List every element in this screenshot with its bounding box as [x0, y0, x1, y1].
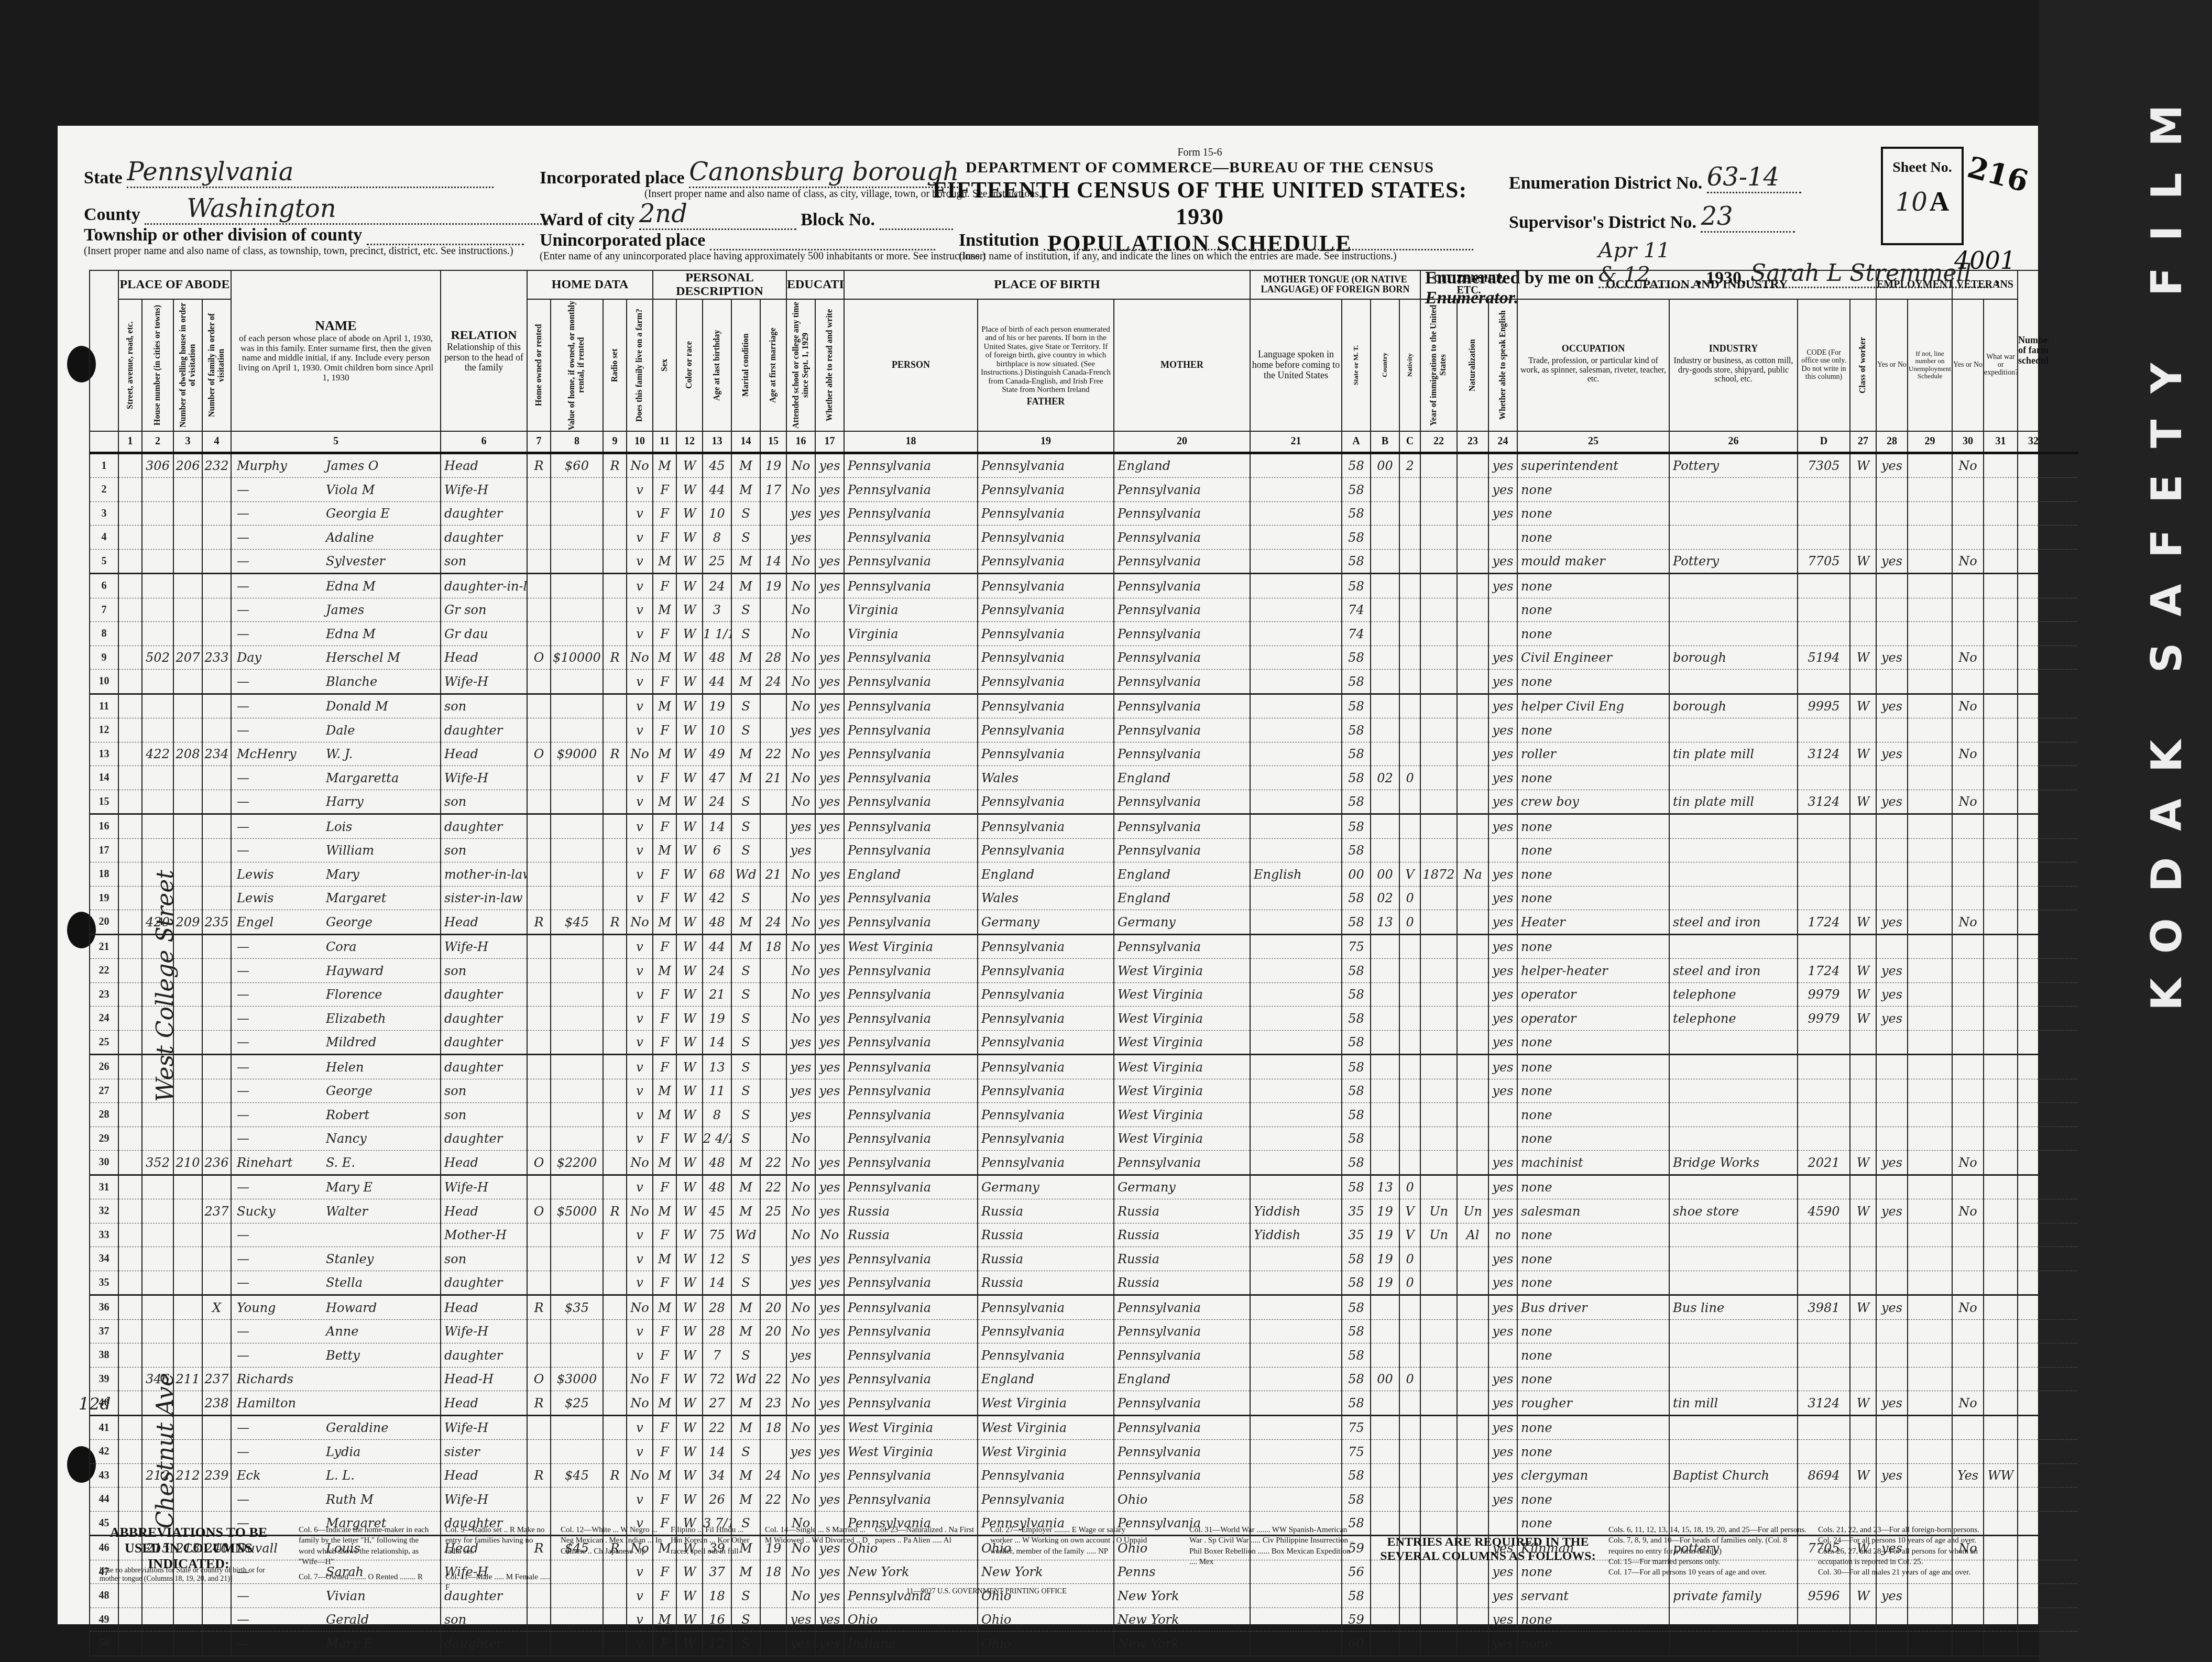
- surname: Lewis: [237, 891, 326, 905]
- naturalization-cell: [1457, 1391, 1488, 1416]
- line-number-right: 5: [2049, 549, 2078, 574]
- war-cell: [1984, 814, 2018, 839]
- sex-cell: F: [653, 1632, 676, 1656]
- war-cell: [1984, 934, 2018, 959]
- farm-cell: v: [627, 574, 653, 598]
- age-cell: 7: [703, 1343, 731, 1368]
- sex-cell: M: [653, 742, 676, 766]
- language-cell: [1250, 886, 1342, 910]
- given-name: Blanche: [326, 674, 377, 689]
- birthplace-father-cell: Wales: [978, 886, 1114, 910]
- home-value-cell: [551, 862, 603, 887]
- sex-cell: F: [653, 1271, 676, 1295]
- name-cell: —Viola M: [231, 478, 441, 502]
- industry-cell: [1669, 501, 1798, 526]
- state-field: State Pennsylvania: [84, 157, 494, 188]
- marital-cell: S: [731, 1343, 760, 1368]
- unemployment-line-cell: [1908, 1247, 1952, 1271]
- family-number-cell: [202, 838, 231, 862]
- marital-cell: M: [731, 1488, 760, 1512]
- line-number: 25: [90, 1030, 118, 1055]
- farm-schedule-cell: [2018, 694, 2049, 718]
- speaks-english-cell: [1488, 1103, 1517, 1127]
- surname: Day: [237, 650, 326, 665]
- relation-cell: Wife-H: [441, 478, 527, 502]
- unemployment-line-cell: [1908, 838, 1952, 862]
- code-b-cell: [1371, 1151, 1399, 1175]
- veteran-cell: No: [1952, 742, 1984, 766]
- marital-cell: Wd: [731, 1223, 760, 1247]
- speaks-english-cell: [1488, 1127, 1517, 1151]
- code-b-cell: [1371, 478, 1399, 502]
- birthplace-mother-cell: West Virginia: [1114, 1055, 1250, 1079]
- class-of-worker-cell: [1850, 1488, 1876, 1512]
- birthplace-person-cell: Pennsylvania: [844, 1391, 978, 1416]
- table-row: 24—ElizabethdaughtervFW19SNoyesPennsylva…: [90, 1007, 2078, 1031]
- war-cell: [1984, 526, 2018, 550]
- naturalization-cell: [1457, 526, 1488, 550]
- house-number-cell: 422: [142, 742, 173, 766]
- code-c-cell: [1399, 670, 1420, 694]
- house-number-cell: [142, 1199, 173, 1223]
- speaks-english-cell: yes: [1488, 766, 1517, 790]
- occupation-cell: none: [1517, 886, 1669, 910]
- radio-cell: [603, 1488, 627, 1512]
- occupation-code-cell: [1798, 1488, 1850, 1512]
- sex-cell: F: [653, 1223, 676, 1247]
- class-of-worker-cell: W: [1850, 1391, 1876, 1416]
- speaks-english-cell: yes: [1488, 1608, 1517, 1632]
- code-a-cell: 58: [1342, 1271, 1371, 1295]
- relation-cell: Head: [441, 742, 527, 766]
- house-number-cell: [142, 766, 173, 790]
- code-a-cell: 58: [1342, 1151, 1371, 1175]
- age-cell: 3: [703, 598, 731, 622]
- farm-schedule-cell: [2018, 1007, 2049, 1031]
- marital-cell: S: [731, 1079, 760, 1103]
- line-number: 43: [90, 1463, 118, 1488]
- class-of-worker-cell: [1850, 862, 1876, 887]
- age-at-marriage-cell: [760, 1103, 786, 1127]
- veteran-cell: [1952, 982, 1984, 1007]
- farm-schedule-cell: [2018, 959, 2049, 983]
- code-c-cell: [1399, 598, 1420, 622]
- war-cell: [1984, 1007, 2018, 1031]
- marital-cell: M: [731, 453, 760, 478]
- veteran-cell: No: [1952, 1151, 1984, 1175]
- age-cell: 48: [703, 646, 731, 670]
- home-value-cell: [551, 1440, 603, 1464]
- race-cell: W: [676, 1175, 703, 1199]
- name-cell: —Geraldine: [231, 1415, 441, 1440]
- house-number-cell: [142, 1319, 173, 1343]
- marital-cell: M: [731, 1463, 760, 1488]
- home-value-cell: [551, 1319, 603, 1343]
- table-row: 35—StelladaughtervFW14SyesyesPennsylvani…: [90, 1271, 2078, 1295]
- family-number-cell: [202, 501, 231, 526]
- code-a-cell: 58: [1342, 1463, 1371, 1488]
- birthplace-father-cell: West Virginia: [978, 1415, 1114, 1440]
- farm-schedule-cell: [2018, 1415, 2049, 1440]
- street-cell: [118, 526, 142, 550]
- marital-cell: M: [731, 934, 760, 959]
- class-of-worker-cell: [1850, 478, 1876, 502]
- read-write-cell: No: [815, 1223, 844, 1247]
- industry-cell: [1669, 1632, 1798, 1656]
- unemployment-line-cell: [1908, 1608, 1952, 1632]
- school-cell: No: [786, 982, 815, 1007]
- radio-cell: [603, 1127, 627, 1151]
- birthplace-father-cell: Pennsylvania: [978, 1295, 1114, 1320]
- war-cell: [1984, 1030, 2018, 1055]
- veteran-cell: [1952, 1608, 1984, 1632]
- name-cell: SuckyWalter: [231, 1199, 441, 1223]
- age-at-marriage-cell: [760, 501, 786, 526]
- code-b-cell: 19: [1371, 1223, 1399, 1247]
- race-cell: W: [676, 1247, 703, 1271]
- immigration-year-cell: [1420, 1127, 1457, 1151]
- immigration-year-cell: [1420, 526, 1457, 550]
- street-cell: [118, 790, 142, 814]
- race-cell: W: [676, 1199, 703, 1223]
- family-number-cell: 236: [202, 1151, 231, 1175]
- farm-schedule-cell: [2018, 670, 2049, 694]
- birthplace-mother-cell: West Virginia: [1114, 1127, 1250, 1151]
- race-cell: W: [676, 1007, 703, 1031]
- at-work-cell: [1876, 1079, 1908, 1103]
- marital-cell: M: [731, 1295, 760, 1320]
- age-at-marriage-cell: 25: [760, 1199, 786, 1223]
- given-name: Herschel M: [326, 650, 400, 665]
- relation-cell: Wife-H: [441, 766, 527, 790]
- code-b-cell: [1371, 1030, 1399, 1055]
- birthplace-mother-cell: Pennsylvania: [1114, 1440, 1250, 1464]
- unemployment-line-cell: [1908, 1440, 1952, 1464]
- radio-cell: [603, 1271, 627, 1295]
- code-a-cell: 58: [1342, 453, 1371, 478]
- age-at-marriage-cell: 24: [760, 1463, 786, 1488]
- veteran-cell: [1952, 814, 1984, 839]
- birthplace-mother-cell: Pennsylvania: [1114, 478, 1250, 502]
- school-cell: No: [786, 574, 815, 598]
- occupation-cell: rougher: [1517, 1391, 1669, 1416]
- sex-cell: M: [653, 1247, 676, 1271]
- birthplace-person-cell: Pennsylvania: [844, 910, 978, 935]
- occupation-cell: none: [1517, 501, 1669, 526]
- family-number-cell: [202, 1247, 231, 1271]
- code-a-cell: 58: [1342, 1247, 1371, 1271]
- industry-cell: Pottery: [1669, 453, 1798, 478]
- unemployment-line-cell: [1908, 886, 1952, 910]
- name-cell: —Lois: [231, 814, 441, 839]
- family-number-cell: [202, 1415, 231, 1440]
- immigration-year-cell: [1420, 1007, 1457, 1031]
- age-at-marriage-cell: 28: [760, 646, 786, 670]
- occupation-cell: salesman: [1517, 1199, 1669, 1223]
- occupation-cell: helper-heater: [1517, 959, 1669, 983]
- language-cell: [1250, 910, 1342, 935]
- surname: Lewis: [237, 867, 326, 882]
- code-c-cell: [1399, 1391, 1420, 1416]
- birthplace-mother-cell: Pennsylvania: [1114, 814, 1250, 839]
- age-cell: 48: [703, 1175, 731, 1199]
- speaks-english-cell: yes: [1488, 742, 1517, 766]
- birthplace-mother-cell: Pennsylvania: [1114, 934, 1250, 959]
- industry-cell: [1669, 574, 1798, 598]
- school-cell: No: [786, 1175, 815, 1199]
- occupation-code-cell: [1798, 862, 1850, 887]
- school-cell: No: [786, 453, 815, 478]
- sex-cell: M: [653, 1199, 676, 1223]
- immigration-year-cell: [1420, 574, 1457, 598]
- speaks-english-cell: yes: [1488, 862, 1517, 887]
- birthplace-person-cell: Pennsylvania: [844, 718, 978, 742]
- dwelling-number-cell: [173, 598, 202, 622]
- race-cell: W: [676, 886, 703, 910]
- speaks-english-cell: yes: [1488, 1295, 1517, 1320]
- street-cell: [118, 1055, 142, 1079]
- age-cell: 13: [703, 1055, 731, 1079]
- birthplace-father-cell: Pennsylvania: [978, 526, 1114, 550]
- dwelling-number-cell: [173, 1247, 202, 1271]
- relation-cell: Mother-H: [441, 1223, 527, 1247]
- war-cell: [1984, 742, 2018, 766]
- unemployment-line-cell: [1908, 549, 1952, 574]
- read-write-cell: yes: [815, 1488, 844, 1512]
- age-cell: 72: [703, 1367, 731, 1391]
- speaks-english-cell: yes: [1488, 959, 1517, 983]
- home-owned-cell: [527, 478, 551, 502]
- column-number: 24: [1488, 431, 1517, 453]
- read-write-cell: yes: [815, 1271, 844, 1295]
- family-number-cell: [202, 1079, 231, 1103]
- surname: —: [237, 1612, 326, 1627]
- class-of-worker-cell: W: [1850, 549, 1876, 574]
- occupation-cell: none: [1517, 622, 1669, 646]
- race-cell: W: [676, 1319, 703, 1343]
- age-cell: 24: [703, 574, 731, 598]
- birthplace-mother-cell: Pennsylvania: [1114, 1343, 1250, 1368]
- street-cell: [118, 862, 142, 887]
- code-a-cell: 58: [1342, 646, 1371, 670]
- industry-cell: [1669, 718, 1798, 742]
- birthplace-father-cell: Pennsylvania: [978, 1055, 1114, 1079]
- radio-cell: [603, 1632, 627, 1656]
- occupation-cell: none: [1517, 1030, 1669, 1055]
- speaks-english-cell: yes: [1488, 1367, 1517, 1391]
- war-cell: [1984, 982, 2018, 1007]
- language-cell: [1250, 766, 1342, 790]
- immigration-year-cell: [1420, 1103, 1457, 1127]
- home-data-header: HOME DATA: [527, 270, 653, 299]
- sex-cell: M: [653, 1608, 676, 1632]
- dwelling-number-cell: [173, 574, 202, 598]
- immigration-year-cell: [1420, 838, 1457, 862]
- age-cell: 28: [703, 1295, 731, 1320]
- language-cell: [1250, 1463, 1342, 1488]
- read-write-cell: yes: [815, 1151, 844, 1175]
- at-work-cell: [1876, 1127, 1908, 1151]
- radio-cell: [603, 598, 627, 622]
- marital-cell: Wd: [731, 1367, 760, 1391]
- county-value: Washington: [187, 194, 336, 223]
- birthplace-mother-cell: Pennsylvania: [1114, 1319, 1250, 1343]
- column-number: 16: [786, 431, 815, 453]
- name-cell: —Mary E: [231, 1175, 441, 1199]
- class-of-worker-cell: [1850, 670, 1876, 694]
- read-write-cell: [815, 1127, 844, 1151]
- relation-cell: daughter: [441, 501, 527, 526]
- personal-description-header: PERSONAL DESCRIPTION: [653, 270, 786, 299]
- column-number: 26: [1669, 431, 1798, 453]
- veteran-cell: [1952, 1343, 1984, 1368]
- radio-cell: R: [603, 742, 627, 766]
- naturalization-cell: [1457, 574, 1488, 598]
- class-of-worker-cell: [1850, 622, 1876, 646]
- naturalization-cell: [1457, 453, 1488, 478]
- farm-schedule-cell: [2018, 453, 2049, 478]
- radio-cell: [603, 1055, 627, 1079]
- occupation-cell: Heater: [1517, 910, 1669, 935]
- school-cell: No: [786, 1007, 815, 1031]
- immigration-year-cell: [1420, 670, 1457, 694]
- sex-cell: F: [653, 814, 676, 839]
- radio-cell: [603, 670, 627, 694]
- veteran-cell: No: [1952, 910, 1984, 935]
- home-owned-cell: [527, 1175, 551, 1199]
- language-cell: English: [1250, 862, 1342, 887]
- surname: —: [237, 1131, 326, 1146]
- naturalization-cell: [1457, 598, 1488, 622]
- race-cell: W: [676, 1103, 703, 1127]
- read-write-cell: yes: [815, 1391, 844, 1416]
- speaks-english-cell: yes: [1488, 1632, 1517, 1656]
- age-cell: 21: [703, 982, 731, 1007]
- naturalization-cell: [1457, 1175, 1488, 1199]
- sex-cell: F: [653, 574, 676, 598]
- given-name: L. L.: [326, 1468, 355, 1483]
- given-name: Margaret: [326, 891, 386, 905]
- birthplace-father-cell: Pennsylvania: [978, 790, 1114, 814]
- line-number-right: 3: [2049, 501, 2078, 526]
- occupation-code-cell: 9979: [1798, 1007, 1850, 1031]
- age-at-marriage-cell: [760, 1440, 786, 1464]
- occupation-code-cell: [1798, 526, 1850, 550]
- sex-cell: M: [653, 790, 676, 814]
- sex-cell: F: [653, 1055, 676, 1079]
- occupation-cell: none: [1517, 814, 1669, 839]
- street-cell: [118, 1079, 142, 1103]
- birthplace-mother-cell: Pennsylvania: [1114, 622, 1250, 646]
- relation-cell: Head: [441, 910, 527, 935]
- given-name: Howard: [326, 1300, 377, 1315]
- radio-cell: R: [603, 453, 627, 478]
- at-work-cell: [1876, 1440, 1908, 1464]
- table-row: 25—MildreddaughtervFW14SyesyesPennsylvan…: [90, 1030, 2078, 1055]
- line-number: 16: [90, 814, 118, 839]
- line-number-right: 20: [2049, 910, 2078, 935]
- code-c-cell: 0: [1399, 766, 1420, 790]
- naturalization-cell: [1457, 1030, 1488, 1055]
- birthplace-father-cell: Pennsylvania: [978, 718, 1114, 742]
- street-cell: [118, 1007, 142, 1031]
- code-a-cell: 58: [1342, 790, 1371, 814]
- home-owned-cell: [527, 549, 551, 574]
- language-cell: [1250, 1295, 1342, 1320]
- code-a-cell: 58: [1342, 886, 1371, 910]
- read-write-cell: yes: [815, 1030, 844, 1055]
- home-value-cell: [551, 1223, 603, 1247]
- read-write-cell: [815, 1343, 844, 1368]
- name-cell: McHenryW. J.: [231, 742, 441, 766]
- at-work-cell: [1876, 886, 1908, 910]
- sex-cell: F: [653, 718, 676, 742]
- farm-schedule-cell: [2018, 1055, 2049, 1079]
- code-c-cell: 2: [1399, 453, 1420, 478]
- birthplace-father-cell: Pennsylvania: [978, 1030, 1114, 1055]
- surname: —: [237, 987, 326, 1002]
- table-row: 11—Donald MsonvMW19SNoyesPennsylvaniaPen…: [90, 694, 2078, 718]
- code-a-cell: 58: [1342, 1488, 1371, 1512]
- table-row: 44—Ruth MWife-HvFW26M22NoyesPennsylvania…: [90, 1488, 2078, 1512]
- occupation-code-cell: [1798, 1367, 1850, 1391]
- class-of-worker-cell: [1850, 1367, 1876, 1391]
- at-work-cell: [1876, 934, 1908, 959]
- veteran-cell: No: [1952, 1391, 1984, 1416]
- sex-cell: M: [653, 1295, 676, 1320]
- war-cell: [1984, 1391, 2018, 1416]
- age-at-marriage-cell: [760, 1127, 786, 1151]
- code-b-cell: [1371, 1127, 1399, 1151]
- war-cell: WW: [1984, 1463, 2018, 1488]
- farm-schedule-cell: [2018, 549, 2049, 574]
- line-number-right: 34: [2049, 1247, 2078, 1271]
- relation-cell: son: [441, 1608, 527, 1632]
- given-name: Mary: [326, 867, 359, 882]
- code-a-cell: 58: [1342, 501, 1371, 526]
- line-number: 33: [90, 1223, 118, 1247]
- veteran-cell: [1952, 1632, 1984, 1656]
- radio-cell: [603, 1151, 627, 1175]
- line-number-right: 27: [2049, 1079, 2078, 1103]
- given-name: Florence: [326, 987, 382, 1002]
- given-name: Hayward: [326, 964, 384, 978]
- code-a-cell: 58: [1342, 1319, 1371, 1343]
- line-number-right: 30: [2049, 1151, 2078, 1175]
- unemployment-line-cell: [1908, 574, 1952, 598]
- farm-cell: v: [627, 766, 653, 790]
- relation-cell: Wife-H: [441, 670, 527, 694]
- occupation-cell: Bus driver: [1517, 1295, 1669, 1320]
- language-cell: [1250, 1103, 1342, 1127]
- house-number-cell: [142, 1295, 173, 1320]
- birthplace-father-cell: Pennsylvania: [978, 1488, 1114, 1512]
- name-cell: RinehartS. E.: [231, 1151, 441, 1175]
- age-cell: 16: [703, 1608, 731, 1632]
- race-cell: W: [676, 574, 703, 598]
- veteran-cell: [1952, 718, 1984, 742]
- farm-cell: v: [627, 1440, 653, 1464]
- table-row: 14—MargarettaWife-HvFW47M21NoyesPennsylv…: [90, 766, 2078, 790]
- code-b-cell: [1371, 1488, 1399, 1512]
- name-cell: —Hayward: [231, 959, 441, 983]
- occupation-cell: operator: [1517, 982, 1669, 1007]
- house-number-cell: [142, 670, 173, 694]
- relation-cell: daughter: [441, 982, 527, 1007]
- industry-cell: tin plate mill: [1669, 742, 1798, 766]
- industry-cell: [1669, 1367, 1798, 1391]
- read-write-cell: yes: [815, 1319, 844, 1343]
